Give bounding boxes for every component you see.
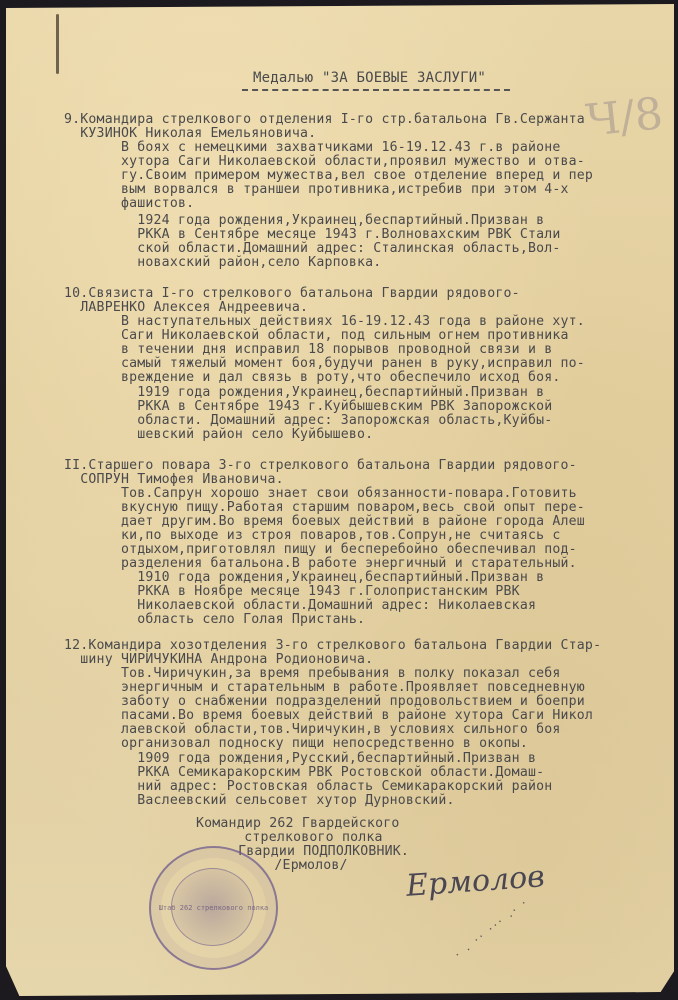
entry-line: Тов.Сапрун хорошо знает свои обязанности… [64, 487, 577, 501]
entry-line: Саги Николаевской области, под сильным о… [64, 329, 569, 343]
entry-line: ний адрес: Ростовская область Семикарако… [64, 780, 552, 794]
entry-line: 1909 года рождения,Русский,беспартийный.… [64, 752, 536, 766]
entry-line: области. Домашний адрес: Запорожская обл… [64, 414, 552, 428]
entry-line: В наступательных действиях 16-19.12.43 г… [64, 315, 585, 329]
handwritten-note: Ч/8 [584, 88, 666, 147]
entry-line: РККА в Сентябре 1943 г.Куйбышевским РВК … [64, 400, 552, 414]
entry-line: отдыхом,приготовлял пищу и бесперебойно … [64, 543, 577, 557]
entry-line: пасами.Во время боевых действий в районе… [64, 709, 593, 723]
entry-line: ской области.Домашний адрес: Сталинская … [64, 242, 561, 256]
entry-line: в течении дня исправил 18 порывов провод… [64, 343, 552, 357]
entry-line: область село Голая Пристань. [64, 613, 365, 627]
entry-line: 1910 года рождения,Украинец,беспартийный… [64, 571, 544, 585]
entry-line: 12.Командира хозотделения 3-го стрелково… [64, 639, 601, 653]
entry-line: гу.Своим примером мужества,вел свое отде… [64, 169, 593, 183]
entry-line: КУЗИНОК Николая Емельяновича. [64, 127, 316, 141]
entry-line: шевский район село Куйбышево. [64, 428, 373, 442]
entry-line: хутора Саги Николаевской области,проявил… [64, 155, 585, 169]
entry-line: 1919 года рождения,Украинец,беспартийный… [64, 386, 544, 400]
entry-line: заботу о снабжении подразделений продово… [64, 695, 585, 709]
entry-line: 1924 года рождения,Украинец,беспартийный… [64, 214, 544, 228]
entry-line: 9.Командира стрелкового отделения I-го с… [64, 113, 585, 127]
entry-line: ки,по выходе из строя поваров,тов.Сопрун… [64, 529, 561, 543]
entry-line: вкусную пищу.Работая старшим поваром,вес… [64, 501, 585, 515]
entry-line: энергичным и старательным в работе.Прояв… [64, 681, 585, 695]
entry-line: 10.Связиста I-го стрелкового батальона Г… [64, 287, 520, 301]
entry-line: фашистов. [64, 197, 194, 211]
entry-line: самый тяжелый момент боя,будучи ранен в … [64, 357, 585, 371]
entry-line: дает другим.Во время боевых действий в р… [64, 515, 585, 529]
document-page: Медалью "ЗА БОЕВЫЕ ЗАСЛУГИ" Ч/8 9.Команд… [6, 4, 674, 996]
entry-line: ЛАВРЕНКО Алексея Андреевича. [64, 301, 308, 315]
entry-line: В боях с немецкими захватчиками 16-19.12… [64, 141, 561, 155]
entry-line: новахский район,село Карповка. [64, 256, 381, 270]
entry-line: разделения батальона.В работе энергичный… [64, 557, 577, 571]
title-underline [242, 89, 510, 91]
entry-line: РККА Семикаракорским РВК Ростовской обла… [64, 766, 544, 780]
entry-line: вреждение и дал связь в роту,что обеспеч… [64, 371, 561, 385]
official-stamp: Штаб 262 стрелкового полка [149, 846, 278, 970]
entry-line: Николаевской области.Домашний адрес: Ник… [64, 599, 536, 613]
entry-line: шину ЧИРИЧУКИНА Андрона Родионовича. [64, 653, 373, 667]
entry-line: Васлеевский сельсовет хутор Дурновский. [64, 794, 455, 808]
handwritten-signature: Ермолов [405, 859, 546, 904]
commander-title-line: Командир 262 Гвардейского [196, 817, 400, 831]
entry-line: РККА в Ноябре месяце 1943 г.Голопристанс… [64, 585, 520, 599]
paper-tear [56, 14, 59, 74]
entry-line: РККА в Сентябре месяце 1943 г.Волновахск… [64, 228, 561, 242]
archive-marks: · . ·· ··· .· · [452, 897, 530, 961]
entry-line: организовал подноску пищи непосредственн… [64, 737, 528, 751]
stamp-text: Штаб 262 стрелкового полка [151, 848, 276, 968]
entry-line: Тов.Чиричукин,за время пребывания в полк… [64, 667, 561, 681]
commander-title-line: стрелкового полка [228, 831, 383, 845]
entry-line: лаевской области,тов.Чиричукин,в условия… [64, 723, 561, 737]
entry-line: II.Старшего повара 3-го стрелкового бата… [64, 459, 577, 473]
document-title: Медалью "ЗА БОЕВЫЕ ЗАСЛУГИ" [253, 71, 486, 85]
entry-line: вым ворвался в траншеи противника,истреб… [64, 183, 569, 197]
entry-line: СОПРУН Тимофея Ивановича. [64, 473, 284, 487]
